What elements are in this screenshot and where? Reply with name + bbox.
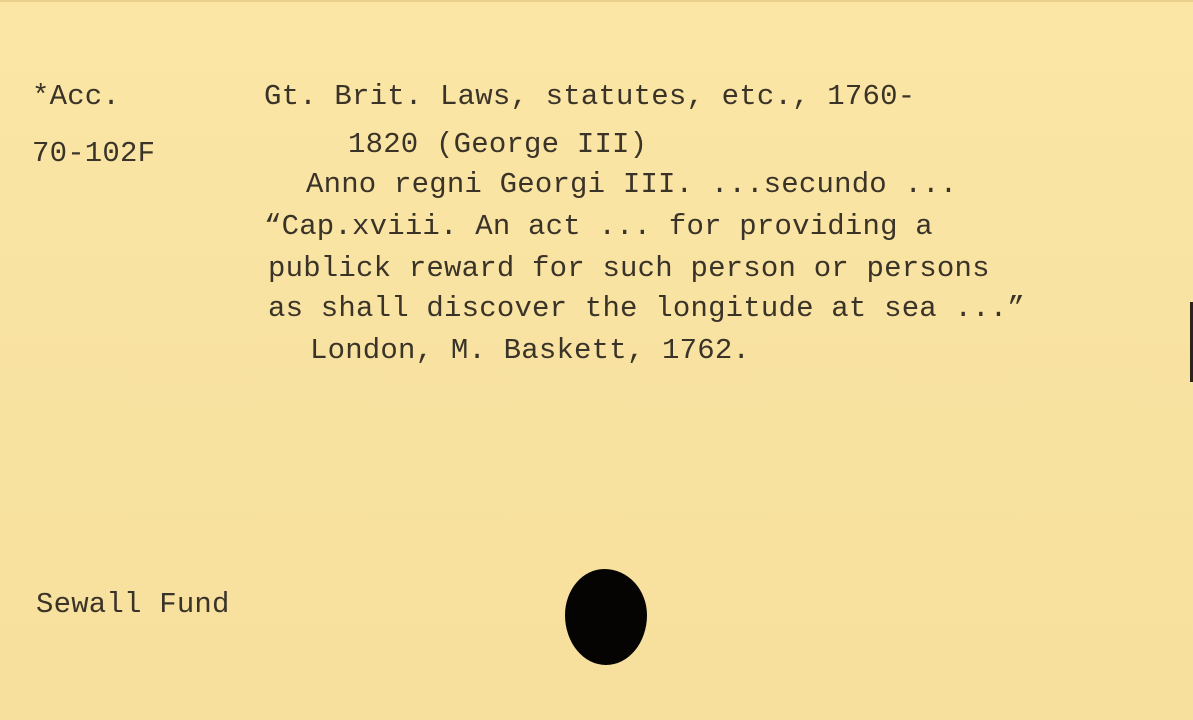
punch-hole [565,569,647,665]
catalog-card: *Acc. 70-102F Gt. Brit. Laws, statutes, … [0,0,1193,720]
imprint: London, M. Baskett, 1762. [310,336,750,365]
title-line-1: Anno regni Georgi III. ...secundo ... [306,170,957,199]
title-line-4: as shall discover the longitude at sea .… [268,294,1025,323]
call-number-line-1: *Acc. [32,82,120,111]
title-line-3: publick reward for such person or person… [268,254,990,283]
call-number-line-2: 70-102F [32,139,155,168]
title-line-2: “Cap.xviii. An act ... for providing a [264,212,933,241]
fund-note: Sewall Fund [36,590,230,619]
heading-line-2: 1820 (George III) [348,130,647,159]
heading-line-1: Gt. Brit. Laws, statutes, etc., 1760- [264,82,915,111]
